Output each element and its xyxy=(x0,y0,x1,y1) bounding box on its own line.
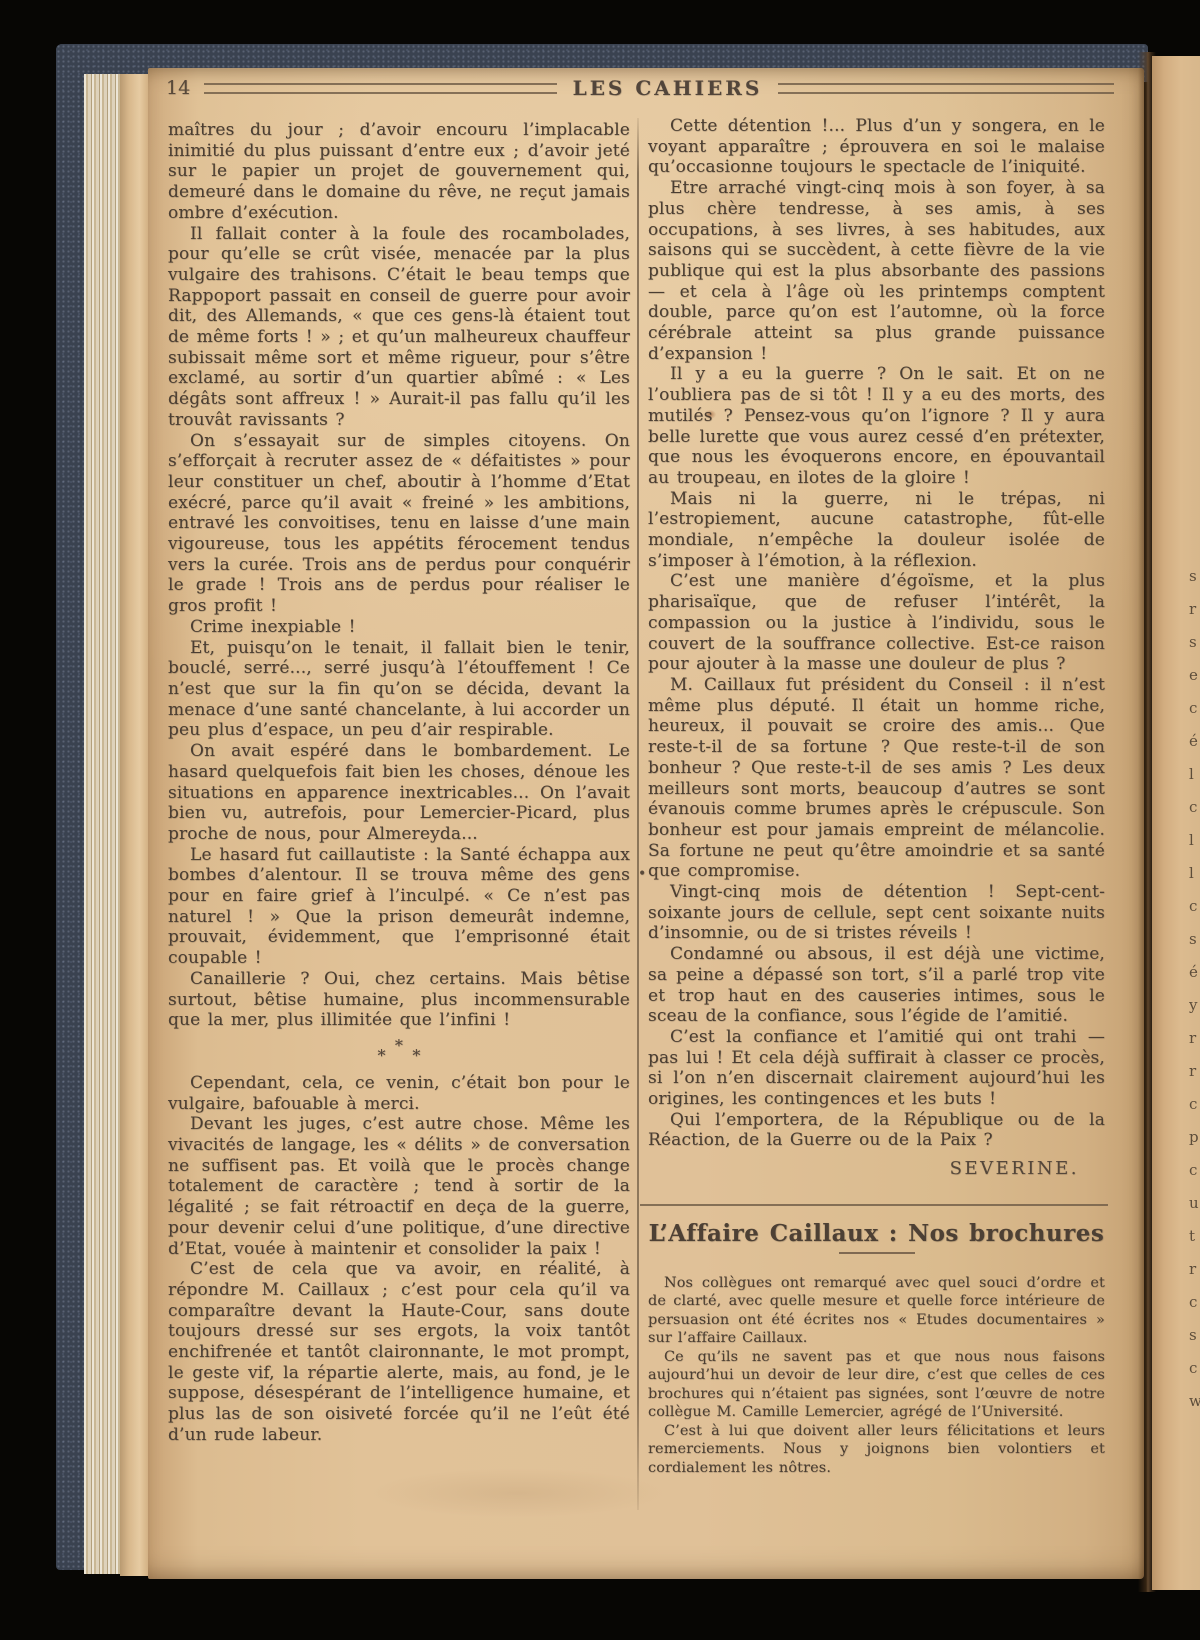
paragraph: Nos collègues ont remarqué avec quel sou… xyxy=(648,1274,1105,1348)
left-column: maîtres du jour ; d’avoir encouru l’impl… xyxy=(168,120,630,1446)
header-rule-left xyxy=(204,83,556,94)
book-cover-left-edge xyxy=(56,44,86,1570)
running-head: 14 LES CAHIERS xyxy=(166,76,1114,100)
paragraph: C’est à lui que doivent aller leurs féli… xyxy=(648,1422,1105,1478)
paragraph: Il fallait conter à la foule des rocambo… xyxy=(168,224,630,431)
heading-underline xyxy=(839,1252,915,1254)
paragraph: Canaillerie ? Oui, chez certains. Mais b… xyxy=(168,969,630,1031)
page-number: 14 xyxy=(166,79,194,98)
paragraph: Etre arraché vingt-cinq mois à son foyer… xyxy=(648,178,1105,364)
paragraph: Il y a eu la guerre ? On le sait. Et on … xyxy=(648,364,1105,488)
section-separator-asterism: * * * xyxy=(168,1041,630,1061)
paragraph: Ce qu’ils ne savent pas et que nous nous… xyxy=(648,1348,1105,1422)
page-stack-edges xyxy=(84,74,122,1574)
journal-title: LES CAHIERS xyxy=(567,76,769,100)
facing-page-text-fragments: s r s e c é l c l l c s é y r r c p c u … xyxy=(1189,560,1200,1500)
magazine-page: 14 LES CAHIERS maîtres du jour ; d’avoir… xyxy=(148,68,1144,1579)
author-signature: SEVERINE. xyxy=(648,1159,1105,1180)
paragraph: Le hasard fut caillautiste : la Santé éc… xyxy=(168,845,630,969)
paragraph: maîtres du jour ; d’avoir encouru l’impl… xyxy=(168,120,630,224)
page-stack-curl xyxy=(120,74,150,1576)
paragraph: Cette détention !... Plus d’un y songera… xyxy=(648,116,1105,178)
asterism-bottom: * * xyxy=(168,1051,630,1061)
paragraph: Devant les juges, c’est autre chose. Mêm… xyxy=(168,1114,630,1259)
section-divider-rule xyxy=(640,1204,1108,1206)
paragraph: Vingt-cinq mois de détention ! Sept-cent… xyxy=(648,882,1105,944)
paragraph: C’est une manière d’égoïsme, et la plus … xyxy=(648,571,1105,675)
paragraph: Crime inexpiable ! xyxy=(168,617,630,638)
paragraph: On avait espéré dans le bombardement. Le… xyxy=(168,741,630,845)
column-divider-rule xyxy=(637,118,639,1510)
paragraph: C’est la confiance et l’amitié qui ont t… xyxy=(648,1027,1105,1110)
paragraph: Qui l’emportera, de la République ou de … xyxy=(648,1110,1105,1151)
paper-stain xyxy=(368,1468,668,1518)
margin-mark: • xyxy=(638,864,646,885)
section-heading: L’Affaire Caillaux : Nos brochures xyxy=(648,1224,1105,1245)
paragraph: C’est de cela que va avoir, en réalité, … xyxy=(168,1259,630,1445)
paragraph: Cependant, cela, ce venin, c’était bon p… xyxy=(168,1073,630,1114)
facing-page-sliver: s r s e c é l c l l c s é y r r c p c u … xyxy=(1152,56,1200,1590)
paragraph: M. Caillaux fut président du Conseil : i… xyxy=(648,675,1105,882)
paragraph: Condamné ou absous, il est déjà une vict… xyxy=(648,944,1105,1027)
header-rule-right xyxy=(778,83,1114,94)
paragraph: On s’essayait sur de simples citoyens. O… xyxy=(168,431,630,617)
paragraph: Mais ni la guerre, ni le trépas, ni l’es… xyxy=(648,489,1105,572)
scanned-book-photo: 14 LES CAHIERS maîtres du jour ; d’avoir… xyxy=(0,0,1200,1640)
brochures-note: Nos collègues ont remarqué avec quel sou… xyxy=(648,1274,1105,1478)
paragraph: Et, puisqu’on le tenait, il fallait bien… xyxy=(168,638,630,742)
right-column: • Cette détention !... Plus d’un y songe… xyxy=(648,116,1105,1477)
